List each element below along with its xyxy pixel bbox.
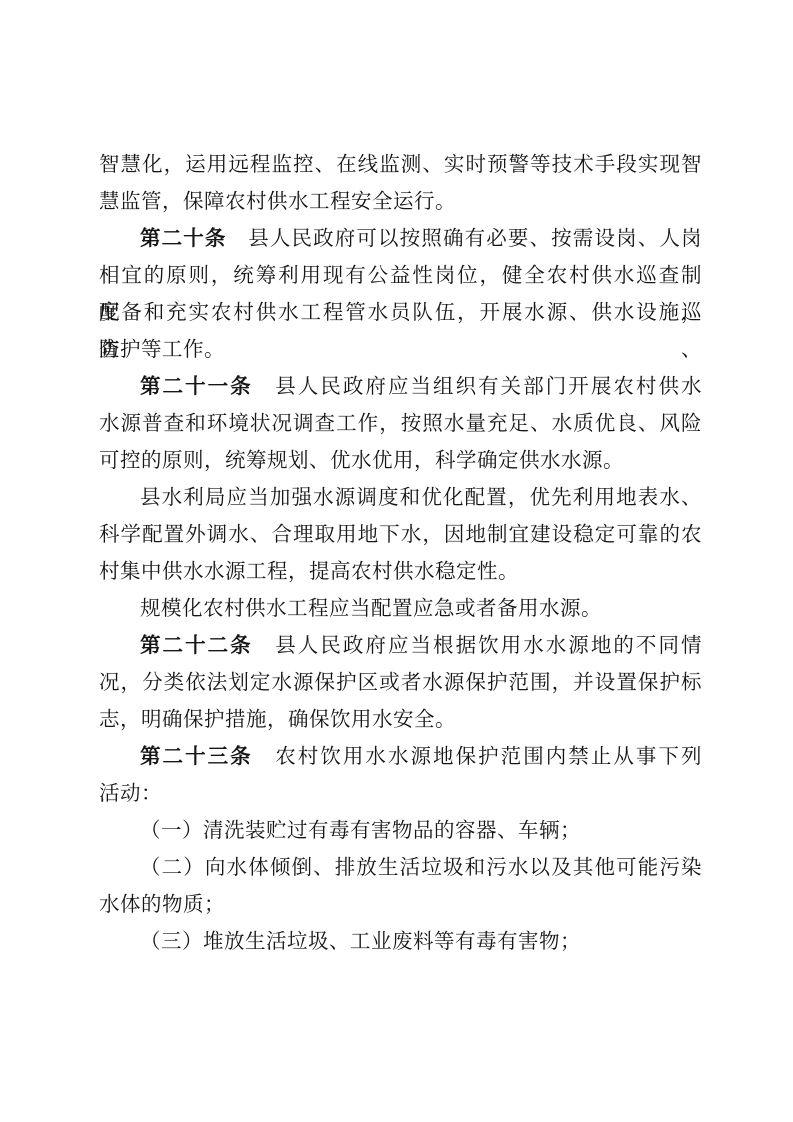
line-text: （三）堆放生活垃圾、工业废料等有毒有害物；: [140, 931, 581, 953]
line-text: （二）向水体倾倒、排放生活垃圾和污水以及其他可能污染: [140, 857, 702, 879]
text-line: 第二十二条 县人民政府应当根据饮用水水源地的不同情: [99, 628, 702, 665]
line-text: 防护等工作。: [99, 339, 225, 361]
line-text: 水体的物质；: [99, 894, 225, 916]
article-number: 第二十一条: [140, 376, 253, 398]
text-block: 智慧化，运用远程监控、在线监测、实时预警等技术手段实现智慧监管，保障农村供水工程…: [99, 147, 702, 961]
line-text: 规模化农村供水工程应当配置应急或者备用水源。: [140, 598, 602, 620]
text-line: （三）堆放生活垃圾、工业废料等有毒有害物；: [99, 924, 702, 961]
text-line: 县水利局应当加强水源调度和优化配置，优先利用地表水、: [99, 480, 702, 517]
text-line: 第二十条 县人民政府可以按照确有必要、按需设岗、人岗: [99, 221, 702, 258]
line-text: 科学配置外调水、合理取用地下水，因地制宜建设稳定可靠的农: [99, 524, 702, 546]
text-line: 规模化农村供水工程应当配置应急或者备用水源。: [99, 591, 702, 628]
line-text: 活动：: [99, 783, 162, 805]
text-line: 第二十一条 县人民政府应当组织有关部门开展农村供水: [99, 369, 702, 406]
text-line: 慧监管，保障农村供水工程安全运行。: [99, 184, 702, 221]
line-text: 县水利局应当加强水源调度和优化配置，优先利用地表水、: [140, 487, 702, 509]
text-line: 况，分类依法划定水源保护区或者水源保护范围，并设置保护标: [99, 665, 702, 702]
line-text: 县人民政府应当组织有关部门开展农村供水: [253, 376, 702, 398]
text-line: 可控的原则，统筹规划、优水优用，科学确定供水水源。: [99, 443, 702, 480]
line-text: 可控的原则，统筹规划、优水优用，科学确定供水水源。: [99, 450, 624, 472]
line-text: （一）清洗装贮过有毒有害物品的容器、车辆；: [140, 820, 581, 842]
line-text: 县人民政府可以按照确有必要、按需设岗、人岗: [227, 228, 702, 250]
article-number: 第二十二条: [140, 635, 253, 657]
line-text: 慧监管，保障农村供水工程安全运行。: [99, 191, 456, 213]
article-number: 第二十三条: [140, 746, 253, 768]
text-line: 村集中供水水源工程，提高农村供水稳定性。: [99, 554, 702, 591]
text-line: 水源普查和环境状况调查工作，按照水量充足、水质优良、风险: [99, 406, 702, 443]
article-number: 第二十条: [140, 228, 227, 250]
line-text: 志，明确保护措施，确保饮用水安全。: [99, 709, 456, 731]
text-line: 科学配置外调水、合理取用地下水，因地制宜建设稳定可靠的农: [99, 517, 702, 554]
text-line: 活动：: [99, 776, 702, 813]
text-line: 智慧化，运用远程监控、在线监测、实时预警等技术手段实现智: [99, 147, 702, 184]
document-page: 智慧化，运用远程监控、在线监测、实时预警等技术手段实现智慧监管，保障农村供水工程…: [0, 0, 793, 1122]
line-text: 水源普查和环境状况调查工作，按照水量充足、水质优良、风险: [99, 413, 702, 435]
text-line: （二）向水体倾倒、排放生活垃圾和污水以及其他可能污染: [99, 850, 702, 887]
text-line: 第二十三条 农村饮用水水源地保护范围内禁止从事下列: [99, 739, 702, 776]
line-text: 况，分类依法划定水源保护区或者水源保护范围，并设置保护标: [99, 672, 702, 694]
text-line: 水体的物质；: [99, 887, 702, 924]
line-text: 村集中供水水源工程，提高农村供水稳定性。: [99, 561, 519, 583]
text-line: 相宜的原则，统筹利用现有公益性岗位，健全农村供水巡查制度，: [99, 258, 702, 295]
line-text: 智慧化，运用远程监控、在线监测、实时预警等技术手段实现智: [99, 154, 702, 176]
text-line: 志，明确保护措施，确保饮用水安全。: [99, 702, 702, 739]
text-line: （一）清洗装贮过有毒有害物品的容器、车辆；: [99, 813, 702, 850]
line-text: 县人民政府应当根据饮用水水源地的不同情: [253, 635, 702, 657]
text-line: 配备和充实农村供水工程管水员队伍，开展水源、供水设施巡查、: [99, 295, 702, 332]
line-text: 农村饮用水水源地保护范围内禁止从事下列: [253, 746, 702, 768]
